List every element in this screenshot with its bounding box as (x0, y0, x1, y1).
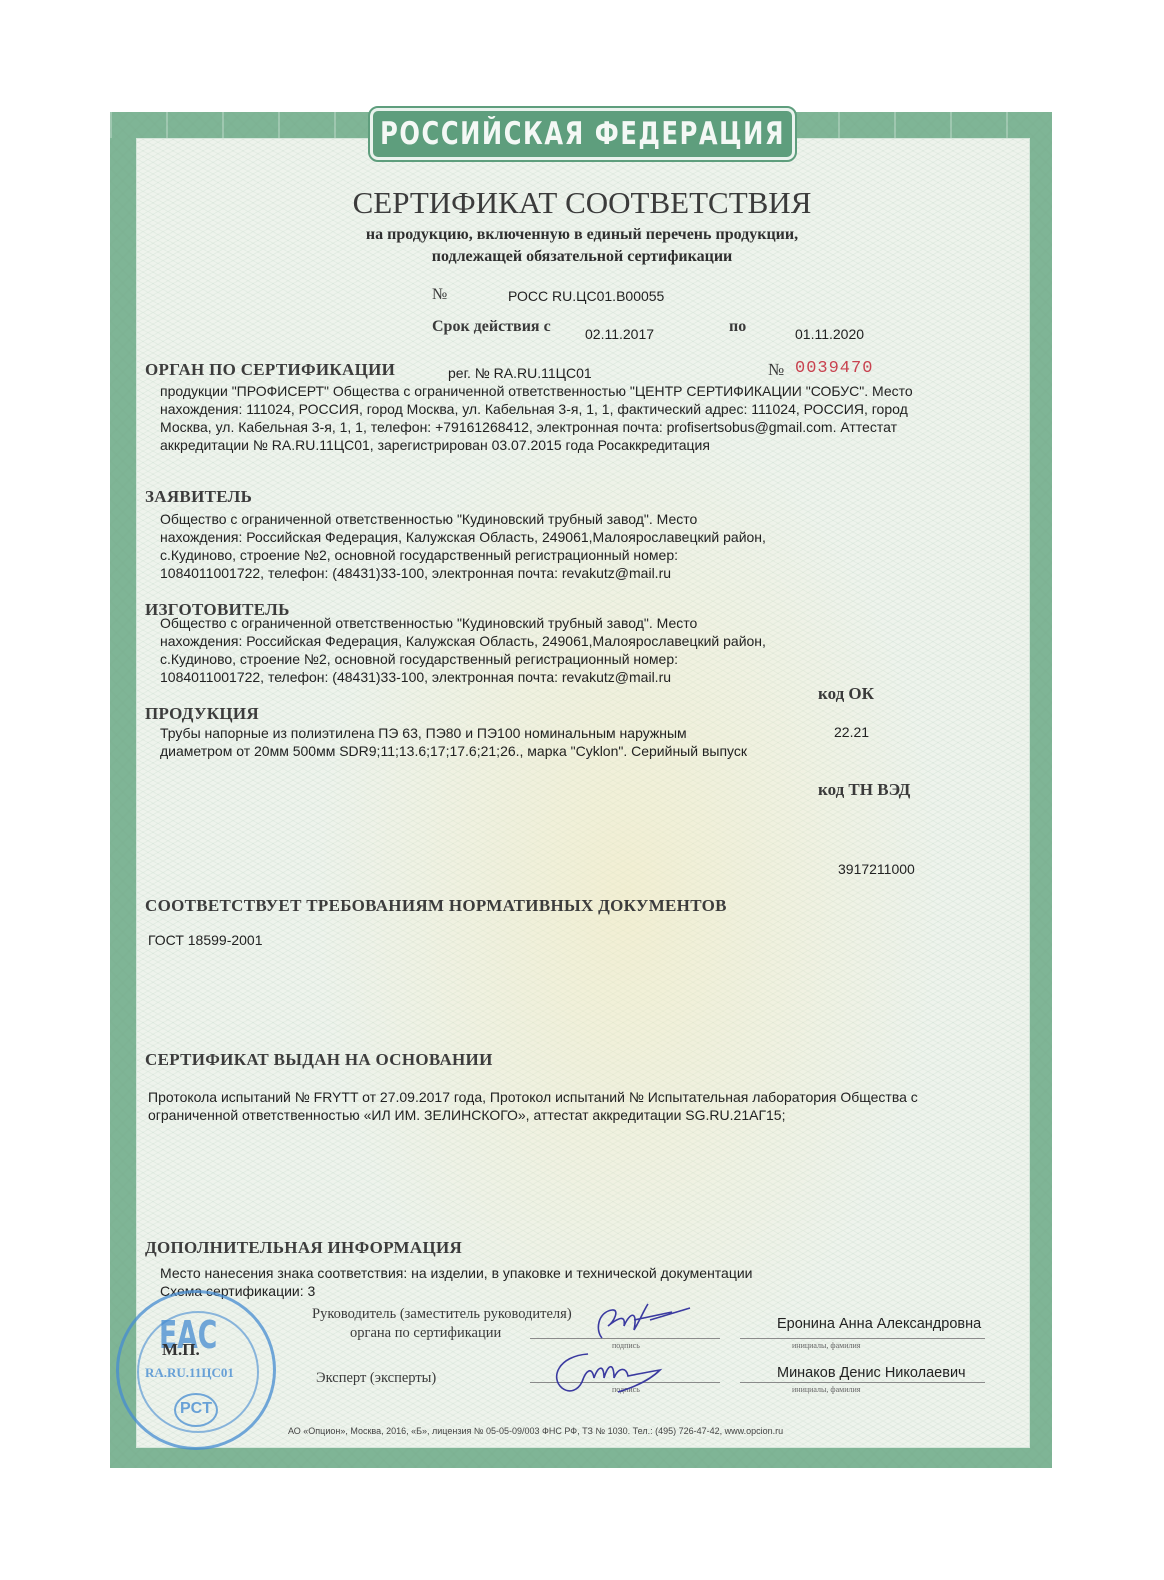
additional-info-heading: ДОПОЛНИТЕЛЬНАЯ ИНФОРМАЦИЯ (145, 1238, 462, 1258)
tnved-code-label: код ТН ВЭД (818, 780, 910, 800)
product-heading: ПРОДУКЦИЯ (145, 704, 259, 724)
head-name-caption: инициалы, фамилия (792, 1341, 860, 1350)
valid-to: 01.11.2020 (795, 326, 864, 342)
valid-from: 02.11.2017 (585, 326, 654, 342)
cert-number-label: № (432, 286, 447, 304)
manufacturer-text: Общество с ограниченной ответственностью… (160, 614, 766, 686)
country-banner-text: РОССИЙСКАЯ ФЕДЕРАЦИЯ (380, 116, 785, 152)
blank-number-label: № (768, 360, 784, 380)
head-signatory-label-2: органа по сертификации (350, 1325, 501, 1342)
stamp-code: RA.RU.11ЦС01 (145, 1365, 234, 1381)
country-banner: РОССИЙСКАЯ ФЕДЕРАЦИЯ (370, 108, 795, 160)
rst-logo-icon: PCT (174, 1393, 218, 1427)
printer-footer: АО «Опцион», Москва, 2016, «Б», лицензия… (288, 1426, 783, 1436)
expert-name: Минаков Денис Николаевич (777, 1365, 966, 1381)
expert-label: Эксперт (эксперты) (316, 1370, 436, 1387)
certification-body-heading: ОРГАН ПО СЕРТИФИКАЦИИ (145, 360, 395, 380)
basis-text: Протокола испытаний № FRYTT от 27.09.201… (148, 1088, 918, 1124)
head-signature-icon (590, 1300, 700, 1348)
seal-label: М.П. (162, 1340, 200, 1360)
normative-document: ГОСТ 18599-2001 (148, 932, 263, 948)
subtitle-line-1: на продукцию, включенную в единый перече… (0, 226, 1164, 244)
expert-name-caption: инициалы, фамилия (792, 1385, 860, 1394)
blank-number: 0039470 (795, 359, 873, 378)
certification-body-reg-number: рег. № RA.RU.11ЦС01 (448, 365, 592, 381)
basis-heading: СЕРТИФИКАТ ВЫДАН НА ОСНОВАНИИ (145, 1050, 493, 1070)
compliance-heading: СООТВЕТСТВУЕТ ТРЕБОВАНИЯМ НОРМАТИВНЫХ ДО… (145, 896, 727, 916)
product-text: Трубы напорные из полиэтилена ПЭ 63, ПЭ8… (160, 724, 747, 760)
head-name-line (740, 1338, 985, 1339)
expert-signature-icon (548, 1348, 688, 1396)
validity-label: Срок действия с (432, 318, 551, 336)
additional-info-text: Место нанесения знака соответствия: на и… (160, 1264, 753, 1300)
ok-code: 22.21 (834, 724, 869, 740)
applicant-heading: ЗАЯВИТЕЛЬ (145, 487, 252, 507)
ok-code-label: код ОК (818, 684, 874, 704)
applicant-text: Общество с ограниченной ответственностью… (160, 510, 766, 582)
head-signatory-label-1: Руководитель (заместитель руководителя) (312, 1306, 572, 1323)
certification-body-text: продукции "ПРОФИСЕРТ" Общества с огранич… (160, 382, 913, 454)
seal-stamp: ЕАС RA.RU.11ЦС01 PCT (116, 1290, 276, 1450)
expert-name-line (740, 1382, 985, 1383)
cert-number: РОСС RU.ЦС01.В00055 (508, 288, 664, 304)
document-title: СЕРТИФИКАТ СООТВЕТСТВИЯ (0, 185, 1164, 221)
to-label: по (729, 318, 746, 336)
head-signatory-name: Еронина Анна Александровна (777, 1316, 981, 1332)
subtitle-line-2: подлежащей обязательной сертификации (0, 248, 1164, 266)
tnved-code: 3917211000 (838, 861, 915, 877)
